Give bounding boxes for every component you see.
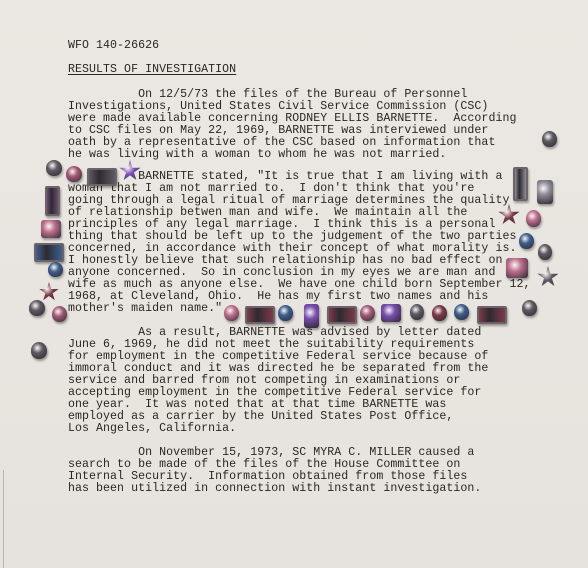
text-line: he was living with a woman to whom he wa…: [68, 149, 516, 161]
gem-baguette-icon: [513, 167, 528, 201]
gem-star-icon: [537, 266, 559, 288]
gem-heart-icon: [66, 166, 82, 182]
file-number: WFO 140-26626: [68, 40, 159, 52]
gem-heart-icon: [52, 306, 67, 322]
paragraph-house-committee: On November 15, 1973, SC MYRA C. MILLER …: [68, 447, 481, 495]
gem-heart-icon: [432, 305, 447, 321]
text-line: has been utilized in connection with ins…: [68, 483, 481, 495]
gem-heart-icon: [360, 305, 375, 321]
paragraph-barnette-statement: BARNETTE stated, "It is true that I am l…: [68, 171, 531, 315]
gem-heart-icon: [522, 300, 537, 316]
gem-star-icon: [39, 282, 59, 302]
gem-baguette-icon: [477, 306, 507, 324]
paragraph-result: As a result, BARNETTE was advised by let…: [68, 327, 488, 435]
section-heading: RESULTS OF INVESTIGATION: [68, 64, 236, 76]
gem-baguette-icon: [245, 306, 275, 324]
gem-heart-icon: [410, 304, 424, 320]
gem-heart-icon: [538, 244, 552, 260]
gem-heart-icon: [48, 262, 63, 277]
gem-heart-icon: [278, 305, 293, 321]
gem-baguette-icon: [87, 168, 117, 186]
gem-heart-icon: [542, 131, 557, 147]
gem-emerald-cut-icon: [537, 180, 553, 204]
gem-heart-icon: [224, 305, 239, 321]
gem-heart-icon: [29, 300, 45, 316]
gem-heart-icon: [526, 210, 541, 227]
gem-square-icon: [381, 304, 401, 322]
document-page: WFO 140-26626 RESULTS OF INVESTIGATION O…: [0, 0, 588, 568]
gem-emerald-cut-icon: [304, 304, 319, 328]
gem-heart-icon: [46, 160, 62, 176]
paragraph-csc-files: On 12/5/73 the files of the Bureau of Pe…: [68, 89, 516, 161]
text-line: Los Angeles, California.: [68, 423, 488, 435]
gem-baguette-icon: [34, 243, 64, 262]
gem-heart-icon: [454, 304, 469, 320]
gem-heart-icon: [519, 233, 534, 249]
page-edge-line: [3, 470, 4, 568]
gem-heart-icon: [31, 342, 47, 359]
gem-baguette-icon: [45, 186, 60, 216]
gem-square-icon: [506, 258, 528, 278]
gem-baguette-icon: [327, 306, 357, 324]
gem-square-icon: [41, 220, 61, 238]
